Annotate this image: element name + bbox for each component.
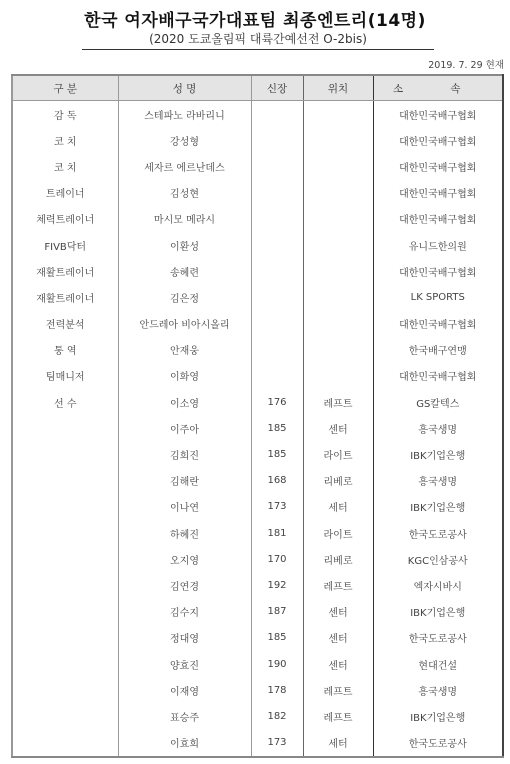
- cell-team: 엑자시바시: [373, 572, 503, 598]
- cell-role: [12, 625, 118, 651]
- cell-height: 185: [251, 415, 303, 441]
- cell-name: 김수지: [118, 599, 251, 625]
- cell-role: 코 치: [12, 153, 118, 179]
- table-row: 선 수이소영176레프트GS칼텍스: [12, 389, 503, 415]
- cell-team: IBK기업은행: [373, 441, 503, 467]
- cell-team: KGC인삼공사: [373, 546, 503, 572]
- cell-role: 트레이너: [12, 180, 118, 206]
- cell-height: 173: [251, 730, 303, 757]
- cell-name: 안재웅: [118, 337, 251, 363]
- cell-height: [251, 232, 303, 258]
- cell-role: 재활트레이너: [12, 258, 118, 284]
- cell-position: [303, 153, 373, 179]
- table-row: 이나연173세터IBK기업은행: [12, 494, 503, 520]
- cell-position: 레프트: [303, 703, 373, 729]
- cell-position: [303, 206, 373, 232]
- cell-role: 코 치: [12, 127, 118, 153]
- cell-role: [12, 599, 118, 625]
- cell-name: 김희진: [118, 441, 251, 467]
- cell-role: [12, 468, 118, 494]
- cell-height: 170: [251, 546, 303, 572]
- table-row: 통 역안재웅한국배구연맹: [12, 337, 503, 363]
- cell-height: [251, 101, 303, 128]
- cell-team: 한국도로공사: [373, 625, 503, 651]
- cell-name: 이주아: [118, 415, 251, 441]
- table-row: 김해란168리베로흥국생명: [12, 468, 503, 494]
- cell-position: 센터: [303, 651, 373, 677]
- cell-role: [12, 546, 118, 572]
- table-row: 이주아185센터흥국생명: [12, 415, 503, 441]
- cell-height: 192: [251, 572, 303, 598]
- cell-role: [12, 651, 118, 677]
- cell-height: 190: [251, 651, 303, 677]
- table-row: 트레이너김성현대한민국배구협회: [12, 180, 503, 206]
- cell-role: [12, 415, 118, 441]
- cell-position: [303, 127, 373, 153]
- cell-name: 마시모 메라시: [118, 206, 251, 232]
- cell-role: [12, 730, 118, 757]
- cell-role: [12, 520, 118, 546]
- cell-position: 레프트: [303, 389, 373, 415]
- cell-team: 대한민국배구협회: [373, 153, 503, 179]
- document-subtitle: (2020 도쿄올림픽 대륙간예선전 O-2bis): [82, 30, 434, 50]
- cell-position: 레프트: [303, 677, 373, 703]
- cell-role: 재활트레이너: [12, 284, 118, 310]
- table-row: 김수지187센터IBK기업은행: [12, 599, 503, 625]
- table-header-row: 구 분 성 명 신장 위치 소 속: [12, 75, 503, 101]
- cell-position: 레프트: [303, 572, 373, 598]
- cell-position: 라이트: [303, 441, 373, 467]
- table-row: 김희진185라이트IBK기업은행: [12, 441, 503, 467]
- table-row: 체력트레이너마시모 메라시대한민국배구협회: [12, 206, 503, 232]
- cell-name: 표승주: [118, 703, 251, 729]
- cell-position: [303, 337, 373, 363]
- cell-position: 라이트: [303, 520, 373, 546]
- table-row: 재활트레이너김은정LK SPORTS: [12, 284, 503, 310]
- cell-height: 185: [251, 625, 303, 651]
- table-row: 재활트레이너송혜련대한민국배구협회: [12, 258, 503, 284]
- cell-height: [251, 180, 303, 206]
- cell-height: 181: [251, 520, 303, 546]
- table-row: 팀매니저이화영대한민국배구협회: [12, 363, 503, 389]
- cell-height: 168: [251, 468, 303, 494]
- cell-position: 센터: [303, 415, 373, 441]
- table-row: 코 치강성형대한민국배구협회: [12, 127, 503, 153]
- cell-position: 리베로: [303, 546, 373, 572]
- cell-name: 김연경: [118, 572, 251, 598]
- cell-position: [303, 232, 373, 258]
- cell-name: 이나연: [118, 494, 251, 520]
- cell-name: 이환성: [118, 232, 251, 258]
- table-row: 전력분석안드레아 비아시올리대한민국배구협회: [12, 311, 503, 337]
- cell-role: 감 독: [12, 101, 118, 128]
- header-position: 위치: [303, 75, 373, 101]
- table-row: 정대영185센터한국도로공사: [12, 625, 503, 651]
- cell-name: 송혜련: [118, 258, 251, 284]
- table-row: 코 치세자르 에르난데스대한민국배구협회: [12, 153, 503, 179]
- cell-role: 전력분석: [12, 311, 118, 337]
- cell-team: 대한민국배구협회: [373, 127, 503, 153]
- cell-role: [12, 677, 118, 703]
- cell-team: 대한민국배구협회: [373, 363, 503, 389]
- cell-position: [303, 180, 373, 206]
- roster-table: 구 분 성 명 신장 위치 소 속 감 독스테파노 라바리니대한민국배구협회코 …: [11, 74, 504, 758]
- table-row: 표승주182레프트IBK기업은행: [12, 703, 503, 729]
- cell-name: 양효진: [118, 651, 251, 677]
- cell-role: [12, 572, 118, 598]
- cell-height: [251, 337, 303, 363]
- cell-height: 173: [251, 494, 303, 520]
- cell-role: 선 수: [12, 389, 118, 415]
- cell-name: 안드레아 비아시올리: [118, 311, 251, 337]
- cell-team: 대한민국배구협회: [373, 101, 503, 128]
- cell-name: 이소영: [118, 389, 251, 415]
- cell-height: 182: [251, 703, 303, 729]
- cell-height: [251, 153, 303, 179]
- cell-role: [12, 441, 118, 467]
- cell-position: 세터: [303, 494, 373, 520]
- cell-height: [251, 258, 303, 284]
- cell-name: 이화영: [118, 363, 251, 389]
- cell-team: IBK기업은행: [373, 599, 503, 625]
- table-row: 이재영178레프트흥국생명: [12, 677, 503, 703]
- table-row: 이효희173세터한국도로공사: [12, 730, 503, 757]
- cell-name: 이재영: [118, 677, 251, 703]
- cell-team: 현대건설: [373, 651, 503, 677]
- document-title: 한국 여자배구국가대표팀 최종엔트리(14명): [0, 6, 510, 31]
- cell-role: 팀매니저: [12, 363, 118, 389]
- table-row: 오지영170리베로KGC인삼공사: [12, 546, 503, 572]
- cell-name: 김해란: [118, 468, 251, 494]
- cell-team: IBK기업은행: [373, 494, 503, 520]
- cell-team: LK SPORTS: [373, 284, 503, 310]
- cell-name: 스테파노 라바리니: [118, 101, 251, 128]
- cell-team: 흥국생명: [373, 677, 503, 703]
- header-height: 신장: [251, 75, 303, 101]
- table-row: 감 독스테파노 라바리니대한민국배구협회: [12, 101, 503, 128]
- cell-team: 흥국생명: [373, 468, 503, 494]
- roster-body: 감 독스테파노 라바리니대한민국배구협회코 치강성형대한민국배구협회코 치세자르…: [12, 101, 503, 757]
- cell-team: 한국도로공사: [373, 520, 503, 546]
- cell-name: 오지영: [118, 546, 251, 572]
- cell-position: [303, 311, 373, 337]
- cell-height: [251, 311, 303, 337]
- cell-height: [251, 284, 303, 310]
- cell-name: 강성형: [118, 127, 251, 153]
- cell-team: 대한민국배구협회: [373, 206, 503, 232]
- table-row: FIVB닥터이환성유니드한의원: [12, 232, 503, 258]
- cell-name: 이효희: [118, 730, 251, 757]
- table-row: 김연경192레프트엑자시바시: [12, 572, 503, 598]
- as-of-date: 2019. 7. 29 현재: [428, 57, 504, 71]
- header-team: 소 속: [373, 75, 503, 101]
- cell-team: 대한민국배구협회: [373, 258, 503, 284]
- cell-role: 통 역: [12, 337, 118, 363]
- header-role: 구 분: [12, 75, 118, 101]
- cell-height: 187: [251, 599, 303, 625]
- cell-position: 센터: [303, 599, 373, 625]
- cell-team: 유니드한의원: [373, 232, 503, 258]
- cell-position: 센터: [303, 625, 373, 651]
- cell-team: 대한민국배구협회: [373, 311, 503, 337]
- table-row: 하혜진181라이트한국도로공사: [12, 520, 503, 546]
- cell-role: FIVB닥터: [12, 232, 118, 258]
- cell-height: 178: [251, 677, 303, 703]
- cell-team: 흥국생명: [373, 415, 503, 441]
- cell-role: [12, 703, 118, 729]
- cell-position: [303, 363, 373, 389]
- cell-team: 한국배구연맹: [373, 337, 503, 363]
- cell-height: 185: [251, 441, 303, 467]
- cell-name: 김성현: [118, 180, 251, 206]
- cell-name: 하혜진: [118, 520, 251, 546]
- cell-name: 김은정: [118, 284, 251, 310]
- cell-height: [251, 363, 303, 389]
- cell-team: 한국도로공사: [373, 730, 503, 757]
- cell-position: 세터: [303, 730, 373, 757]
- cell-position: [303, 284, 373, 310]
- cell-team: GS칼텍스: [373, 389, 503, 415]
- cell-height: 176: [251, 389, 303, 415]
- table-row: 양효진190센터현대건설: [12, 651, 503, 677]
- cell-position: [303, 101, 373, 128]
- cell-position: [303, 258, 373, 284]
- cell-team: 대한민국배구협회: [373, 180, 503, 206]
- cell-height: [251, 206, 303, 232]
- cell-name: 세자르 에르난데스: [118, 153, 251, 179]
- cell-height: [251, 127, 303, 153]
- cell-team: IBK기업은행: [373, 703, 503, 729]
- cell-name: 정대영: [118, 625, 251, 651]
- cell-role: 체력트레이너: [12, 206, 118, 232]
- cell-role: [12, 494, 118, 520]
- cell-position: 리베로: [303, 468, 373, 494]
- header-name: 성 명: [118, 75, 251, 101]
